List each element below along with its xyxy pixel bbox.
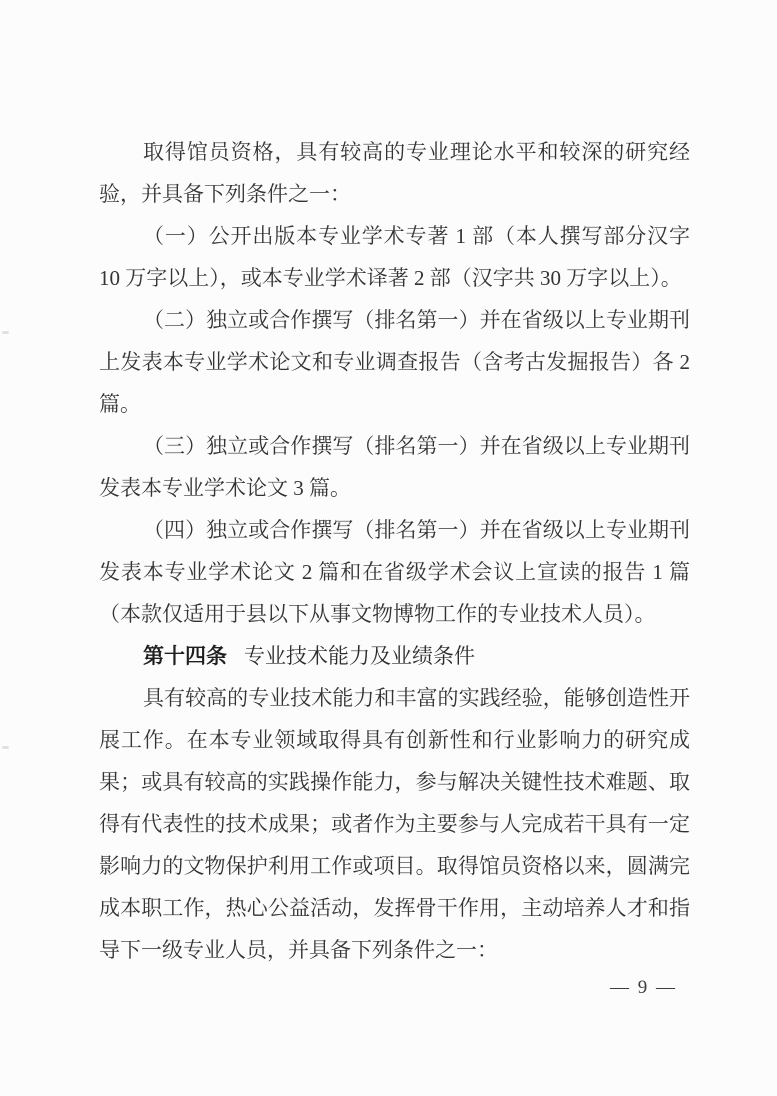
article-title: 专业技术能力及业绩条件 [244,644,475,668]
text-line: （四）独立或合作撰写（排名第一）并在省级以上专业期刊 [99,509,690,551]
text-line: 取得馆员资格，具有较高的专业理论水平和较深的研究经 [99,131,690,173]
text-line: 篇。 [99,383,690,425]
text-line: 展工作。在本专业领域取得具有创新性和行业影响力的研究成 [99,719,690,761]
text-line: 验，并具备下列条件之一： [99,173,690,215]
text-line: 成本职工作，热心公益活动，发挥骨干作用，主动培养人才和指 [99,887,690,929]
text-line: 发表本专业学术论文 2 篇和在省级学术会议上宣读的报告 1 篇 [99,551,690,593]
page-number: — 9 — [610,974,677,1002]
text-line: 导下一级专业人员，并具备下列条件之一： [99,929,690,971]
text-line: （本款仅适用于县以下从事文物博物工作的专业技术人员）。 [99,593,690,635]
text-line: （三）独立或合作撰写（排名第一）并在省级以上专业期刊 [99,425,690,467]
text-line: 10 万字以上），或本专业学术译著 2 部（汉字共 30 万字以上）。 [99,257,690,299]
text-line: 上发表本专业学术论文和专业调查报告（含考古发掘报告）各 2 [99,341,690,383]
document-page: 取得馆员资格，具有较高的专业理论水平和较深的研究经验，并具备下列条件之一：（一）… [0,0,777,1096]
text-line: 影响力的文物保护利用工作或项目。取得馆员资格以来，圆满完 [99,845,690,887]
text-line: （二）独立或合作撰写（排名第一）并在省级以上专业期刊 [99,299,690,341]
text-line: （一）公开出版本专业学术专著 1 部（本人撰写部分汉字 [99,215,690,257]
text-line: 得有代表性的技术成果；或者作为主要参与人完成若干具有一定 [99,803,690,845]
article-number: 第十四条 [143,644,227,668]
scan-artifact [2,746,9,749]
text-line: 发表本专业学术论文 3 篇。 [99,467,690,509]
document-body: 取得馆员资格，具有较高的专业理论水平和较深的研究经验，并具备下列条件之一：（一）… [99,131,690,971]
text-line: 具有较高的专业技术能力和丰富的实践经验，能够创造性开 [99,677,690,719]
article-heading: 第十四条专业技术能力及业绩条件 [99,635,690,677]
text-line: 果；或具有较高的实践操作能力，参与解决关键性技术难题、取 [99,761,690,803]
scan-artifact [2,331,9,334]
